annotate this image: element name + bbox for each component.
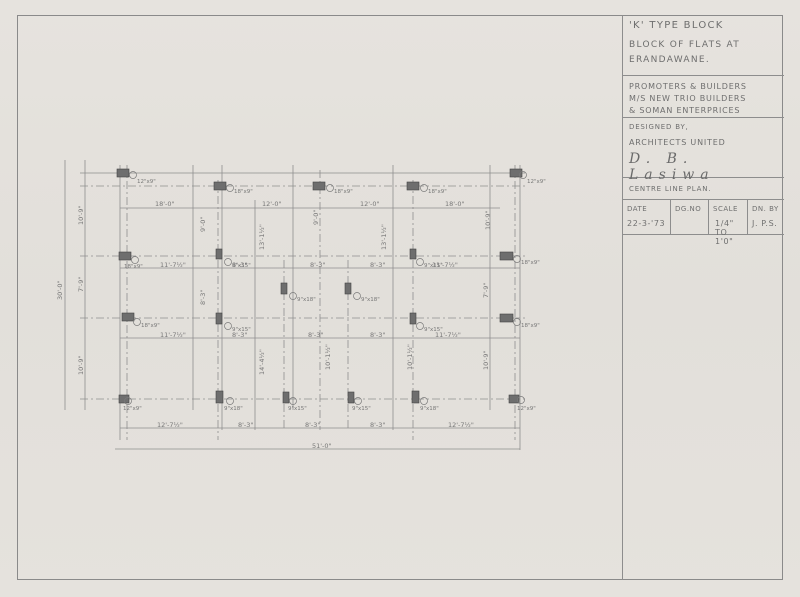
svg-text:12"x9": 12"x9" <box>123 406 142 412</box>
overall-width-dim: 51'-0" <box>312 442 332 450</box>
svg-text:18'-0": 18'-0" <box>155 200 175 208</box>
svg-text:12'-7½": 12'-7½" <box>448 421 474 429</box>
svg-text:18"x9": 18"x9" <box>428 189 447 195</box>
svg-text:9"x18": 9"x18" <box>420 406 439 412</box>
svg-text:8'-3": 8'-3" <box>310 261 325 269</box>
svg-text:10'-1½": 10'-1½" <box>324 344 332 370</box>
svg-text:9'-0": 9'-0" <box>312 210 320 225</box>
svg-text:7'-9": 7'-9" <box>482 283 490 298</box>
svg-text:9"x15": 9"x15" <box>288 406 307 412</box>
svg-text:18"x9": 18"x9" <box>334 189 353 195</box>
svg-text:14'-4½": 14'-4½" <box>258 349 266 375</box>
svg-text:12'-0": 12'-0" <box>262 200 282 208</box>
svg-text:8'-3": 8'-3" <box>370 421 385 429</box>
svg-text:10'-9": 10'-9" <box>77 355 85 375</box>
svg-text:12"x9": 12"x9" <box>517 406 536 412</box>
svg-text:8'-3": 8'-3" <box>370 261 385 269</box>
svg-text:11'-7½": 11'-7½" <box>435 331 461 339</box>
svg-text:12'-0": 12'-0" <box>360 200 380 208</box>
svg-text:8'-3": 8'-3" <box>305 421 320 429</box>
svg-text:10'-9": 10'-9" <box>484 210 492 230</box>
svg-text:11'-7½": 11'-7½" <box>160 261 186 269</box>
svg-text:8'-3": 8'-3" <box>308 331 323 339</box>
svg-text:18'-0": 18'-0" <box>445 200 465 208</box>
svg-text:18"x9": 18"x9" <box>521 260 540 266</box>
svg-text:13'-1½": 13'-1½" <box>258 224 266 250</box>
svg-text:7'-9": 7'-9" <box>77 277 85 292</box>
svg-text:8'-3": 8'-3" <box>232 331 247 339</box>
svg-text:12"x9": 12"x9" <box>527 179 546 185</box>
svg-text:8'-3": 8'-3" <box>199 290 207 305</box>
svg-text:18"x9": 18"x9" <box>234 189 253 195</box>
svg-text:11'-7½": 11'-7½" <box>432 261 458 269</box>
svg-text:8'-3": 8'-3" <box>232 261 247 269</box>
drawing-sheet: 'K' TYPE BLOCK BLOCK OF FLATS AT ERANDAW… <box>0 0 800 597</box>
svg-text:10'-9": 10'-9" <box>77 205 85 225</box>
svg-text:12'-7½": 12'-7½" <box>157 421 183 429</box>
svg-text:10'-9": 10'-9" <box>482 350 490 370</box>
svg-text:13'-1½": 13'-1½" <box>380 224 388 250</box>
svg-text:9'-0": 9'-0" <box>199 217 207 232</box>
svg-text:18"x9": 18"x9" <box>124 264 143 270</box>
svg-text:9"x15": 9"x15" <box>352 406 371 412</box>
svg-text:11'-7½": 11'-7½" <box>160 331 186 339</box>
svg-text:12"x9": 12"x9" <box>137 179 156 185</box>
svg-text:10'-1½": 10'-1½" <box>406 344 414 370</box>
svg-text:18"x9": 18"x9" <box>141 323 160 329</box>
svg-text:8'-3": 8'-3" <box>238 421 253 429</box>
centre-line-plan: 12"x9" 18"x9" 18"x9" 18"x9" 12"x9" 18"x9… <box>0 0 800 597</box>
svg-text:9"x18": 9"x18" <box>297 297 316 303</box>
svg-text:18"x9": 18"x9" <box>521 323 540 329</box>
svg-text:9"x18": 9"x18" <box>224 406 243 412</box>
svg-text:8'-3": 8'-3" <box>370 331 385 339</box>
overall-depth-dim: 30'-0" <box>56 280 64 300</box>
svg-text:9"x18": 9"x18" <box>361 297 380 303</box>
